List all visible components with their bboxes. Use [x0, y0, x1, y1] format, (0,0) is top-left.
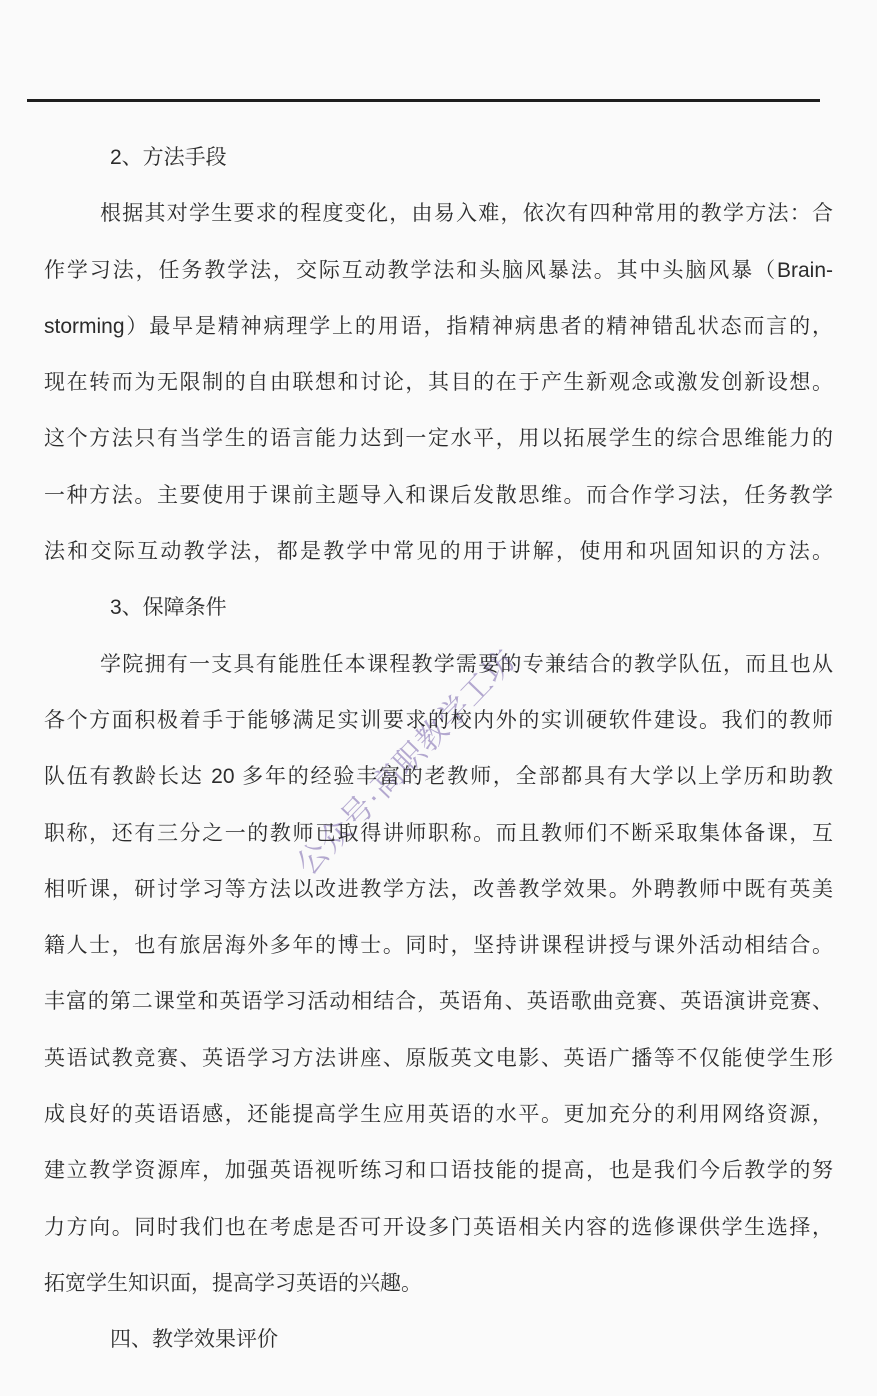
text-line: 力方向。同时我们也在考虑是否可开设多门英语相关内容的选修课供学生选择，	[44, 1200, 833, 1256]
text-line: 拓宽学生知识面，提高学习英语的兴趣。	[44, 1256, 833, 1312]
text-line: 根据其对学生要求的程度变化，由易入难，依次有四种常用的教学方法：合	[44, 186, 833, 242]
document-page: 公众号·高职教学工坊 2、方法手段根据其对学生要求的程度变化，由易入难，依次有四…	[0, 0, 877, 1396]
text-line: 作学习法，任务教学法，交际互动教学法和头脑风暴法。其中头脑风暴（Brain-	[44, 243, 833, 299]
section-heading: 3、保障条件	[44, 580, 833, 636]
text-line: 学院拥有一支具有能胜任本课程教学需要的专兼结合的教学队伍，而且也从	[44, 637, 833, 693]
text-line: 籍人士，也有旅居海外多年的博士。同时，坚持讲课程讲授与课外活动相结合。	[44, 918, 833, 974]
text-line: 建立教学资源库，加强英语视听练习和口语技能的提高，也是我们今后教学的努	[44, 1143, 833, 1199]
text-line: 成良好的英语语感，还能提高学生应用英语的水平。更加充分的利用网络资源，	[44, 1087, 833, 1143]
section-heading: 四、教学效果评价	[44, 1312, 833, 1368]
text-line: 法和交际互动教学法，都是教学中常见的用于讲解，使用和巩固知识的方法。	[44, 524, 833, 580]
text-line: 英语试教竞赛、英语学习方法讲座、原版英文电影、英语广播等不仅能使学生形	[44, 1031, 833, 1087]
text-line: 一种方法。主要使用于课前主题导入和课后发散思维。而合作学习法，任务教学	[44, 468, 833, 524]
header-rule	[27, 99, 820, 102]
section-heading: 2、方法手段	[44, 130, 833, 186]
text-line: 队伍有教龄长达 20 多年的经验丰富的老教师，全部都具有大学以上学历和助教	[44, 749, 833, 805]
text-line: 丰富的第二课堂和英语学习活动相结合，英语角、英语歌曲竞赛、英语演讲竞赛、	[44, 974, 833, 1030]
document-body: 2、方法手段根据其对学生要求的程度变化，由易入难，依次有四种常用的教学方法：合作…	[44, 130, 833, 1369]
text-line: 这个方法只有当学生的语言能力达到一定水平，用以拓展学生的综合思维能力的	[44, 411, 833, 467]
text-line: 相听课，研讨学习等方法以改进教学方法，改善教学效果。外聘教师中既有英美	[44, 862, 833, 918]
text-line: 现在转而为无限制的自由联想和讨论，其目的在于产生新观念或激发创新设想。	[44, 355, 833, 411]
text-line: 职称，还有三分之一的教师已取得讲师职称。而且教师们不断采取集体备课，互	[44, 806, 833, 862]
text-line: 各个方面积极着手于能够满足实训要求的校内外的实训硬软件建设。我们的教师	[44, 693, 833, 749]
text-line: storming）最早是精神病理学上的用语，指精神病患者的精神错乱状态而言的，	[44, 299, 833, 355]
